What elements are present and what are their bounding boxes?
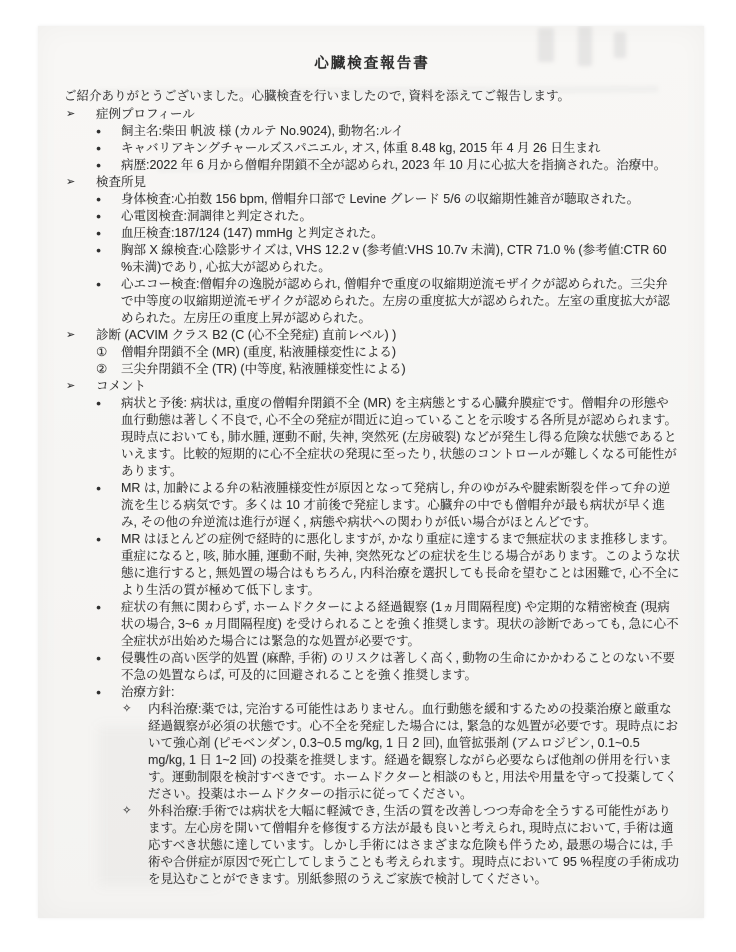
arrow-bullet-icon: ➢ (64, 174, 96, 191)
dot-bullet-icon: ● (96, 531, 121, 548)
list-item-text: 心電図検査:洞調律と判定された。 (121, 208, 680, 225)
dot-bullet-icon: ● (96, 225, 121, 242)
bleed-through-artifact (538, 28, 554, 62)
list-item-text: 治療方針: (121, 684, 680, 701)
section-heading-text: 検査所見 (96, 174, 680, 191)
dot-bullet-icon: ● (96, 242, 121, 259)
dot-bullet-icon: ● (96, 395, 121, 412)
dot-bullet-icon: ● (96, 123, 121, 140)
list-item: ●心電図検査:洞調律と判定された。 (64, 208, 680, 225)
section-heading: ➢検査所見 (64, 174, 680, 191)
list-item-text: 三尖弁閉鎖不全 (TR) (中等度, 粘液腫様変性による) (121, 361, 680, 378)
list-item-text: 血圧検査:187/124 (147) mmHg と判定された。 (121, 225, 680, 242)
dot-bullet-icon: ● (96, 140, 121, 157)
section-heading-text: 症例プロフィール (96, 106, 680, 123)
section-heading: ➢コメント (64, 378, 680, 395)
circled-number-icon: ② (96, 361, 121, 378)
list-item: ●治療方針: (64, 684, 680, 701)
list-item: ●身体検査:心拍数 156 bpm, 僧帽弁口部で Levine グレード 5/… (64, 191, 680, 208)
dot-bullet-icon: ● (96, 684, 121, 701)
report-page: 心臓検査報告書 ご紹介ありがとうございました。心臓検査を行いましたので, 資料を… (38, 26, 704, 918)
dot-bullet-icon: ● (96, 276, 121, 293)
list-item: ●血圧検査:187/124 (147) mmHg と判定された。 (64, 225, 680, 242)
dot-bullet-icon: ● (96, 208, 121, 225)
scan-shade-artifact (98, 726, 218, 886)
dot-bullet-icon: ● (96, 191, 121, 208)
list-item-text: 身体検査:心拍数 156 bpm, 僧帽弁口部で Levine グレード 5/6… (121, 191, 680, 208)
sub-list-item-text: 内科治療:薬では, 完治する可能性はありません。血行動態を緩和するための投薬治療… (148, 701, 680, 803)
arrow-bullet-icon: ➢ (64, 378, 96, 395)
list-item-text: 僧帽弁閉鎖不全 (MR) (重度, 粘液腫様変性による) (121, 344, 680, 361)
list-item: ●侵襲性の高い医学的処置 (麻酔, 手術) のリスクは著しく高く, 動物の生命に… (64, 650, 680, 684)
list-item-text: 侵襲性の高い医学的処置 (麻酔, 手術) のリスクは著しく高く, 動物の生命にか… (121, 650, 680, 684)
list-item-text: 胸部 X 線検査:心陰影サイズは, VHS 12.2 v (参考値:VHS 10… (121, 242, 680, 276)
list-item: ●キャバリアキングチャールズスパニエル, オス, 体重 8.48 kg, 201… (64, 140, 680, 157)
diamond-bullet-icon: ✧ (122, 701, 148, 718)
arrow-bullet-icon: ➢ (64, 327, 96, 344)
section-heading-text: コメント (96, 378, 680, 395)
list-item: ●心エコー検査:僧帽弁の逸脱が認められ, 僧帽弁で重度の収縮期逆流モザイクが認め… (64, 276, 680, 327)
list-item: ●胸部 X 線検査:心陰影サイズは, VHS 12.2 v (参考値:VHS 1… (64, 242, 680, 276)
dot-bullet-icon: ● (96, 650, 121, 667)
bleed-through-artifact (578, 26, 592, 66)
list-item-text: キャバリアキングチャールズスパニエル, オス, 体重 8.48 kg, 2015… (121, 140, 680, 157)
list-item: ①僧帽弁閉鎖不全 (MR) (重度, 粘液腫様変性による) (64, 344, 680, 361)
bleed-through-artifact (614, 32, 626, 58)
list-item: ②三尖弁閉鎖不全 (TR) (中等度, 粘液腫様変性による) (64, 361, 680, 378)
list-item: ●病状と予後: 病状は, 重度の僧帽弁閉鎖不全 (MR) を主病態とする心臓弁膜… (64, 395, 680, 480)
dot-bullet-icon: ● (96, 599, 121, 616)
scanned-report-viewport: 心臓検査報告書 ご紹介ありがとうございました。心臓検査を行いましたので, 資料を… (0, 0, 736, 952)
list-item: ●MR は, 加齢による弁の粘液腫様変性が原因となって発病し, 弁のゆがみや腱索… (64, 480, 680, 531)
list-item: ●飼主名:柴田 帆波 様 (カルテ No.9024), 動物名:ルイ (64, 123, 680, 140)
list-item-text: 飼主名:柴田 帆波 様 (カルテ No.9024), 動物名:ルイ (121, 123, 680, 140)
list-item-text: MR はほとんどの症例で経時的に悪化しますが, かなり重症に達するまで無症状のま… (121, 531, 680, 599)
dot-bullet-icon: ● (96, 157, 121, 174)
section-heading: ➢症例プロフィール (64, 106, 680, 123)
list-item-text: 症状の有無に関わらず, ホームドクターによる経過観察 (1ヵ月間隔程度) や定期… (121, 599, 680, 650)
list-item-text: 病状と予後: 病状は, 重度の僧帽弁閉鎖不全 (MR) を主病態とする心臓弁膜症… (121, 395, 680, 480)
list-item: ●MR はほとんどの症例で経時的に悪化しますが, かなり重症に達するまで無症状の… (64, 531, 680, 599)
arrow-bullet-icon: ➢ (64, 106, 96, 123)
sub-list-item-text: 外科治療:手術では病状を大幅に軽減でき, 生活の質を改善しつつ寿命を全うする可能… (148, 803, 680, 888)
list-item: ●症状の有無に関わらず, ホームドクターによる経過観察 (1ヵ月間隔程度) や定… (64, 599, 680, 650)
dot-bullet-icon: ● (96, 480, 121, 497)
circled-number-icon: ① (96, 344, 121, 361)
list-item-text: 心エコー検査:僧帽弁の逸脱が認められ, 僧帽弁で重度の収縮期逆流モザイクが認めら… (121, 276, 680, 327)
section-heading: ➢診断 (ACVIM クラス B2 (C (心不全発症) 直前レベル) ) (64, 327, 680, 344)
list-item-text: MR は, 加齢による弁の粘液腫様変性が原因となって発病し, 弁のゆがみや腱索断… (121, 480, 680, 531)
section-heading-text: 診断 (ACVIM クラス B2 (C (心不全発症) 直前レベル) ) (96, 327, 680, 344)
